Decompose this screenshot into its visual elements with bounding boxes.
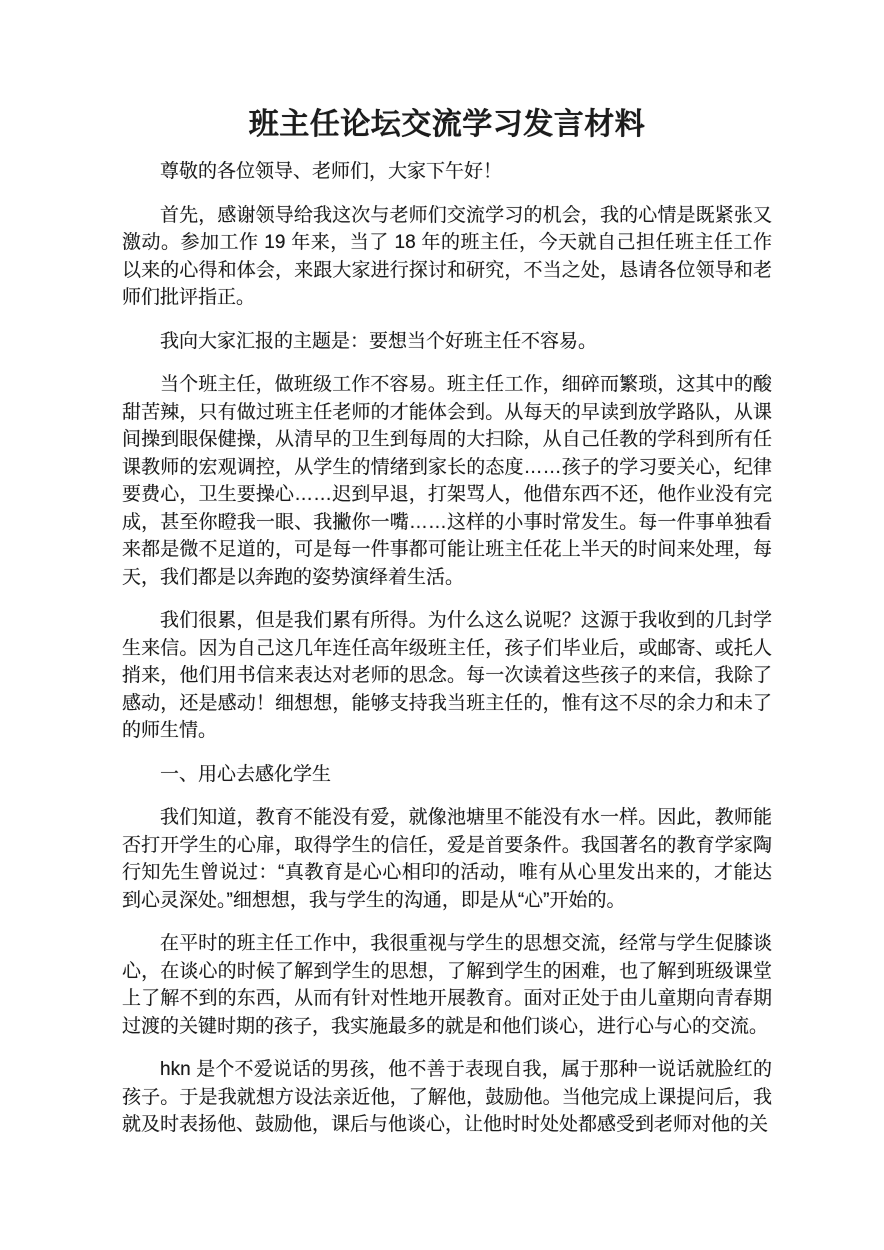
document-title: 班主任论坛交流学习发言材料: [122, 104, 772, 146]
paragraph: 我们知道，教育不能没有爱，就像池塘里不能没有水一样。因此，教师能否打开学生的心扉…: [122, 804, 772, 914]
paragraph: 在平时的班主任工作中，我很重视与学生的思想交流，经常与学生促膝谈心，在谈心的时候…: [122, 930, 772, 1040]
paragraph: 首先，感谢领导给我这次与老师们交流学习的机会，我的心情是既紧张又激动。参加工作 …: [122, 202, 772, 312]
document-body: 首先，感谢领导给我这次与老师们交流学习的机会，我的心情是既紧张又激动。参加工作 …: [122, 202, 772, 1139]
section-heading: 一、用心去感化学生: [122, 761, 772, 789]
paragraph: hkn 是个不爱说话的男孩，他不善于表现自我，属于那种一说话就脸红的孩子。于是我…: [122, 1056, 772, 1139]
paragraph: 当个班主任，做班级工作不容易。班主任工作，细碎而繁琐，这其中的酸甜苦辣，只有做过…: [122, 371, 772, 591]
paragraph: 我们很累，但是我们累有所得。为什么这么说呢？这源于我收到的几封学生来信。因为自己…: [122, 607, 772, 745]
paragraph: 我向大家汇报的主题是：要想当个好班主任不容易。: [122, 328, 772, 356]
greeting-line: 尊敬的各位领导、老师们，大家下午好！: [122, 158, 772, 186]
document-content: 班主任论坛交流学习发言材料 尊敬的各位领导、老师们，大家下午好！ 首先，感谢领导…: [122, 104, 772, 1139]
document-page: 班主任论坛交流学习发言材料 尊敬的各位领导、老师们，大家下午好！ 首先，感谢领导…: [0, 0, 884, 1250]
